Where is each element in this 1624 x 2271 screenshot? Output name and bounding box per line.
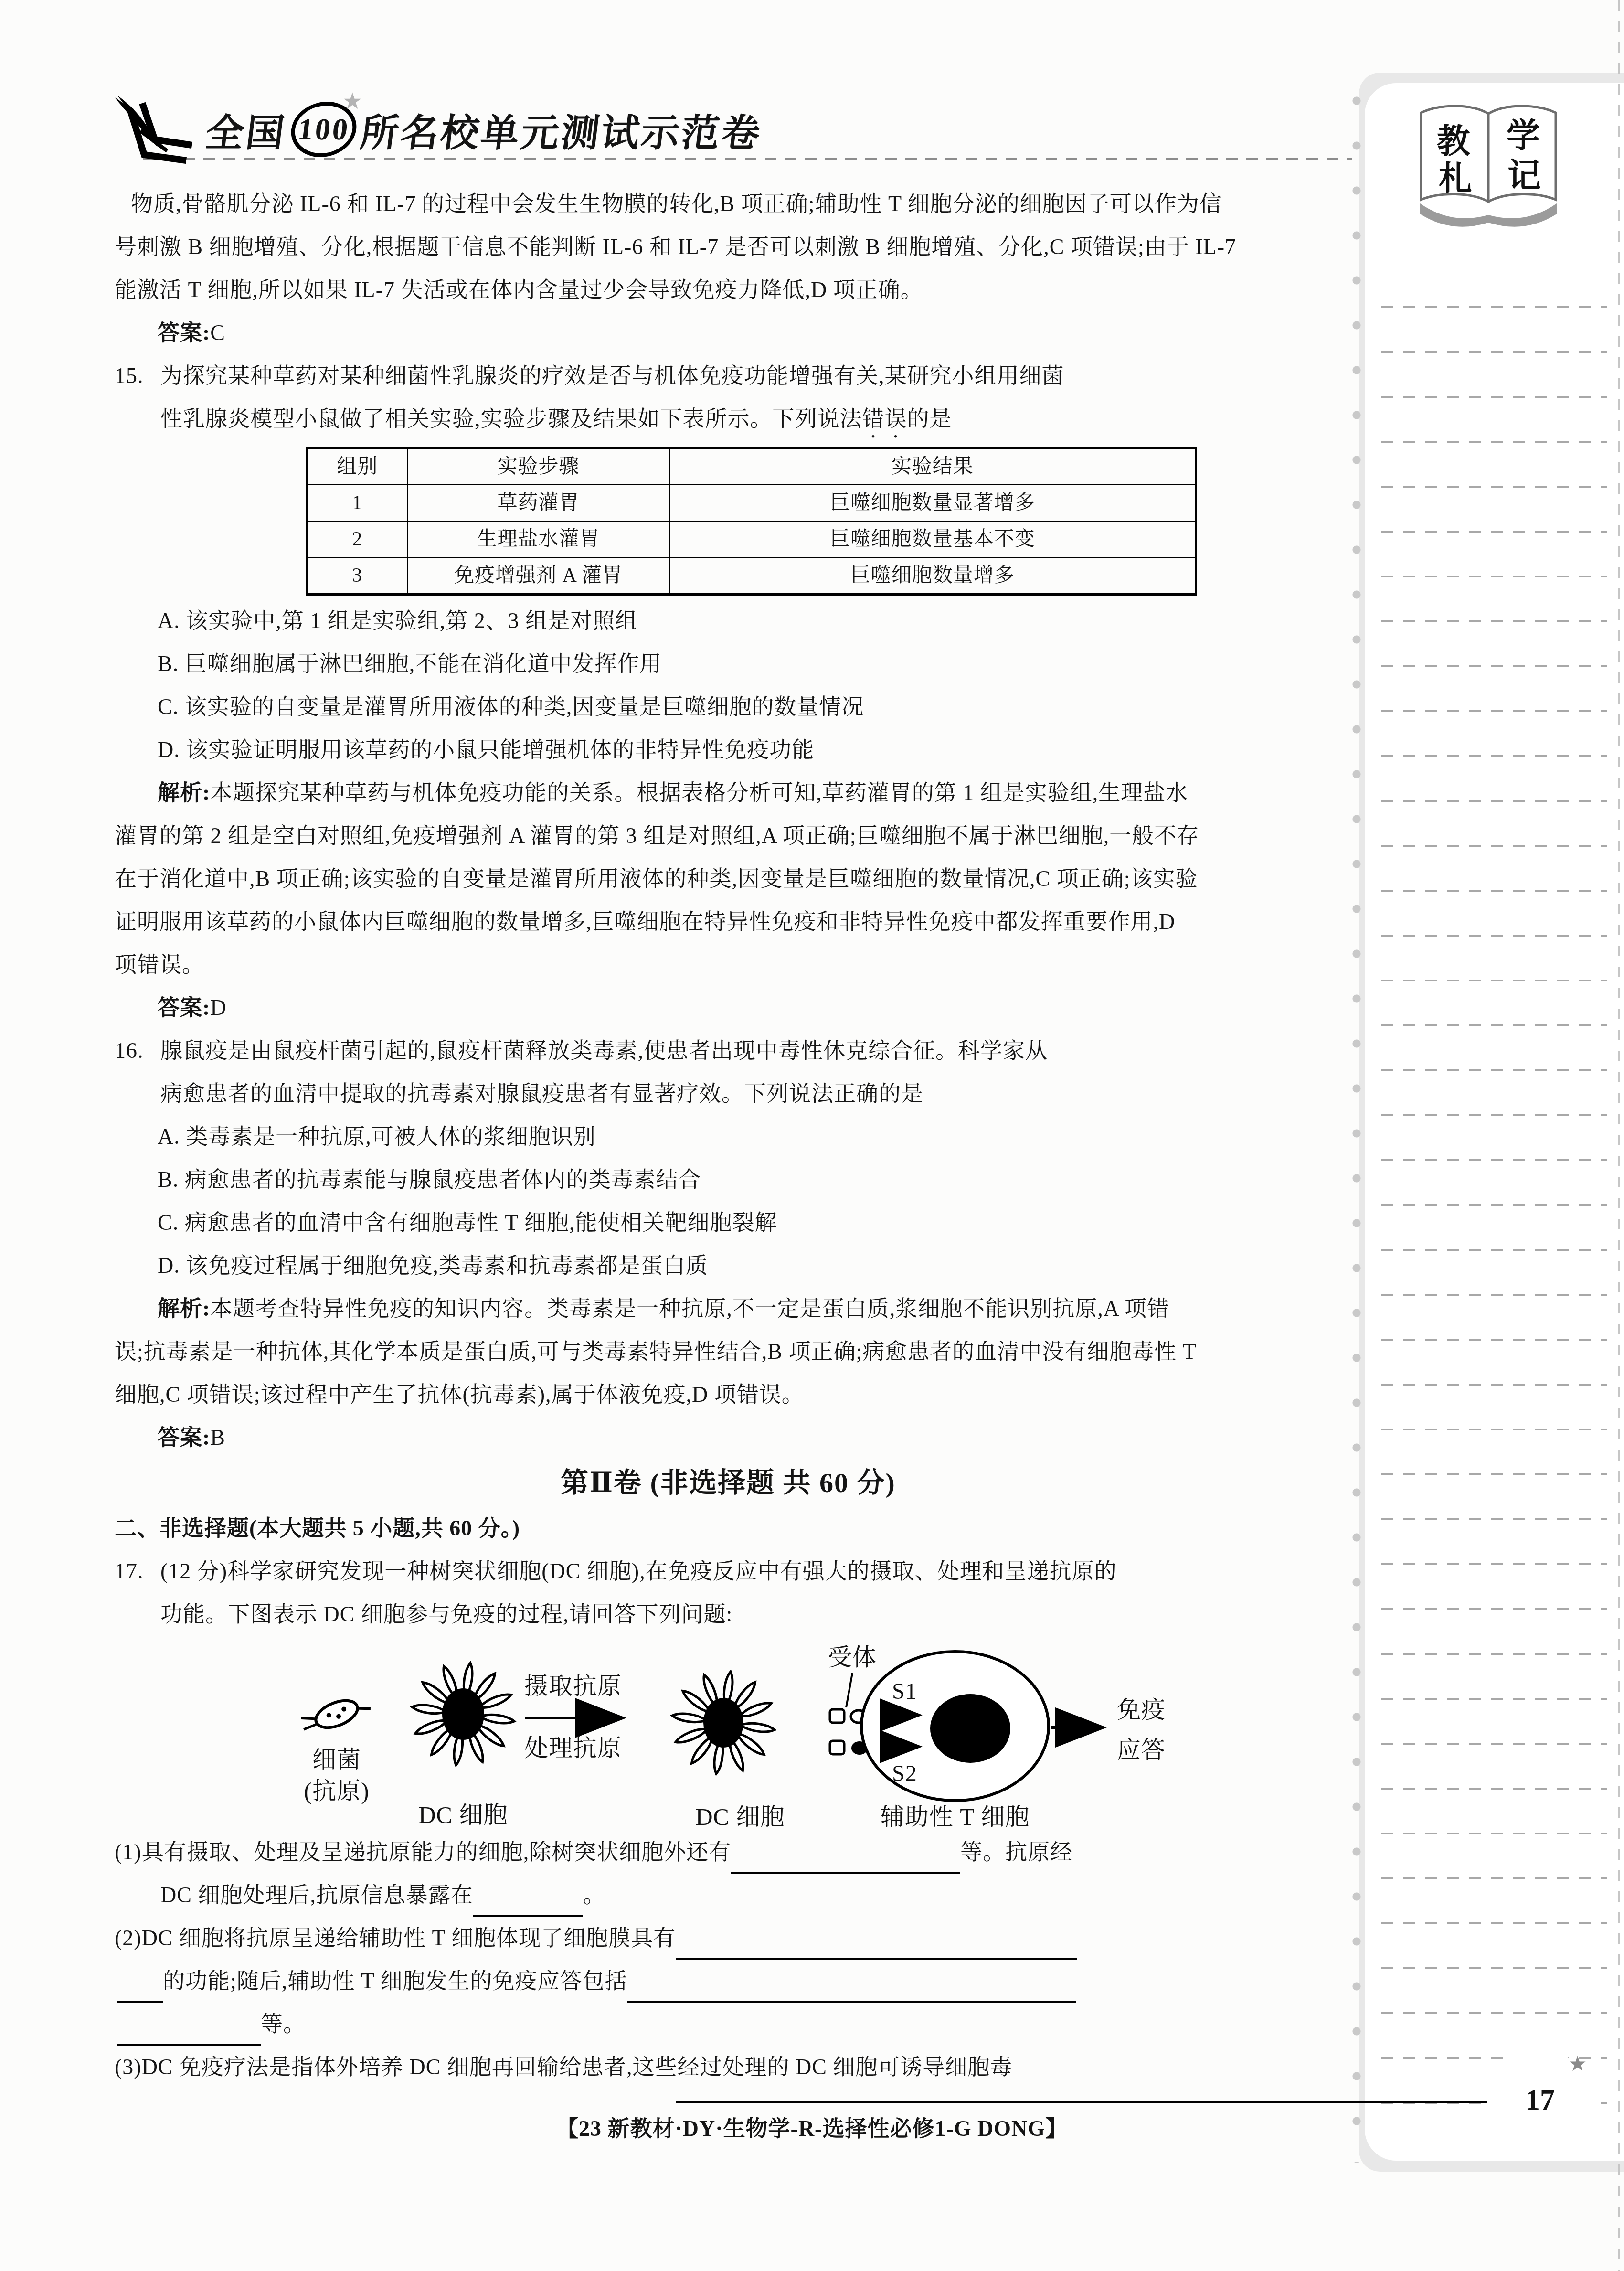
q15-option-b: B. 巨噬细胞属于淋巴细胞,不能在消化道中发挥作用 (115, 642, 1342, 685)
answer-value: B (210, 1425, 225, 1450)
book-char-bl: 札 (1439, 161, 1472, 198)
page-number: 17 (1525, 2083, 1555, 2117)
q16-number: 16. (115, 1029, 160, 1072)
q16-option-b: B. 病愈患者的抗毒素能与腺鼠疫患者体内的类毒素结合 (115, 1158, 1342, 1201)
q16-option-c: C. 病愈患者的血清中含有细胞毒性 T 细胞,能使相关靶细胞裂解 (115, 1201, 1342, 1244)
dc1-label: DC 细胞 (419, 1802, 508, 1828)
s1-label: S1 (892, 1679, 917, 1704)
antigen-label: (抗原) (304, 1778, 369, 1804)
q16-stem: 16.腺鼠疫是由鼠疫杆菌引起的,鼠疫杆菌释放类毒素,使患者出现中毒性休克综合征。… (115, 1029, 1342, 1115)
answer-blank (473, 1893, 583, 1917)
sidebar-rules (1381, 306, 1607, 2126)
col-header: 组别 (307, 448, 407, 485)
dc-cell-immunity-diagram: 细菌 (抗原) DC 细胞 摄取抗原 处理抗原 DC 细胞 受体 (287, 1638, 1342, 1829)
response-label-2: 应答 (1117, 1737, 1166, 1763)
table-row: 2 生理盐水灌胃 巨噬细胞数量基本不变 (307, 521, 1196, 557)
q15-analysis: 解析:本题探究某种草药与机体免疫功能的关系。根据表格分析可知,草药灌胃的第 1 … (115, 771, 1342, 986)
answer-blank (117, 2022, 261, 2046)
book-char-br: 记 (1507, 158, 1541, 195)
exam-page-content: 物质,骨骼肌分泌 IL-6 和 IL-7 的过程中会发生生物膜的转化,B 项正确… (115, 182, 1342, 2089)
brand-suffix: 所名校单元测试示范卷 (358, 102, 765, 157)
q15-answer: 答案:D (115, 986, 1342, 1029)
table-header-row: 组别 实验步骤 实验结果 (307, 448, 1196, 485)
t-cell-nucleus (930, 1694, 1010, 1763)
q17-sub3: (3)DC 免疫疗法是指体外培养 DC 细胞再回输给患者,这些经过处理的 DC … (115, 2046, 1342, 2089)
section-2-subtitle: 二、非选择题(本大题共 5 小题,共 60 分。) (115, 1507, 1342, 1550)
answer-label: 答案: (158, 995, 210, 1020)
s2-label: S2 (892, 1761, 917, 1786)
binding-dots (1350, 95, 1363, 2163)
dc-cell-1-icon (412, 1663, 515, 1766)
q16-option-a: A. 类毒素是一种抗原,可被人体的浆细胞识别 (115, 1115, 1342, 1158)
receptor-pointer-line (846, 1673, 852, 1707)
q15-number: 15. (115, 354, 160, 397)
star-icon: ★ (1568, 2052, 1587, 2076)
answer-blank (117, 1979, 163, 2003)
t-cell-label: 辅助性 T 细胞 (881, 1803, 1030, 1829)
teaching-notes-book-icon: 教 学 札 记 (1410, 96, 1567, 232)
q15-option-d: D. 该实验证明服用该草药的小鼠只能增强机体的非特异性免疫功能 (115, 728, 1342, 771)
page-edge-perforation (1618, 0, 1620, 2271)
q14-answer: 答案:C (115, 311, 1342, 354)
q17-stem: 17.(12 分)科学家研究发现一种树突状细胞(DC 细胞),在免疫反应中有强大… (115, 1550, 1342, 1636)
q15-option-c: C. 该实验的自变量是灌胃所用液体的种类,因变量是巨噬细胞的数量情况 (115, 685, 1342, 728)
uptake-label: 摄取抗原 (524, 1673, 622, 1699)
response-label-1: 免疫 (1117, 1696, 1166, 1723)
answer-blank (731, 1850, 960, 1874)
answer-blank (627, 1979, 1076, 2003)
q16-option-d: D. 该免疫过程属于细胞免疫,类毒素和抗毒素都是蛋白质 (115, 1244, 1342, 1287)
answer-label: 答案: (158, 1425, 210, 1450)
col-header: 实验结果 (670, 448, 1196, 485)
book-char-tl: 教 (1437, 124, 1471, 160)
brand-header: 全国 100 ★ 所名校单元测试示范卷 (111, 94, 762, 165)
answer-value: D (210, 995, 226, 1020)
receptor-label: 受体 (828, 1644, 877, 1671)
dc-cell-2-icon (672, 1671, 775, 1774)
answer-label: 答案: (158, 320, 210, 345)
brand-prefix: 全国 (203, 102, 290, 157)
dc2-label: DC 细胞 (696, 1803, 785, 1829)
q17-sub1: (1)具有摄取、处理及呈递抗原能力的细胞,除树突状细胞外还有等。抗原经DC 细胞… (115, 1831, 1342, 1917)
q17-number: 17. (115, 1550, 160, 1593)
q15-stem: 15.为探究某种草药对某种细菌性乳腺炎的疗效是否与机体免疫功能增强有关,某研究小… (115, 354, 1342, 443)
emphasized-wrong: 错误 (862, 406, 907, 431)
q16-answer: 答案:B (115, 1416, 1342, 1459)
q17-sub3-answer-blank (676, 2101, 1487, 2103)
table-row: 3 免疫增强剂 A 灌胃 巨噬细胞数量增多 (307, 557, 1196, 595)
q16-analysis: 解析:本题考查特异性免疫的知识内容。类毒素是一种抗原,不一定是蛋白质,浆细胞不能… (115, 1287, 1342, 1416)
brand-100-badge: 100 ★ (288, 102, 360, 157)
bacterium-icon (299, 1691, 372, 1738)
footer-imprint: 【23 新教材·DY·生物学-R-选择性必修1-G DONG】 (0, 2111, 1624, 2143)
bacterium-label: 细菌 (312, 1746, 361, 1773)
analysis-label: 解析: (158, 1296, 210, 1321)
q14-analysis-continued: 物质,骨骼肌分泌 IL-6 和 IL-7 的过程中会发生生物膜的转化,B 项正确… (115, 182, 1342, 311)
q15-experiment-table: 组别 实验步骤 实验结果 1 草药灌胃 巨噬细胞数量显著增多 2 生理盐水灌胃 … (306, 447, 1342, 596)
brand-title: 全国 100 ★ 所名校单元测试示范卷 (203, 102, 765, 157)
table-row: 1 草药灌胃 巨噬细胞数量显著增多 (307, 485, 1196, 521)
q15-option-a: A. 该实验中,第 1 组是实验组,第 2、3 组是对照组 (115, 599, 1342, 642)
answer-blank (676, 1936, 1077, 1960)
col-header: 实验步骤 (407, 448, 670, 485)
analysis-label: 解析: (158, 780, 210, 805)
q17-sub2: (2)DC 细胞将抗原呈递给辅助性 T 细胞体现了细胞膜具有的功能;随后,辅助性… (115, 1917, 1342, 2046)
process-label: 处理抗原 (524, 1735, 622, 1761)
answer-value: C (210, 320, 225, 345)
book-char-tr: 学 (1507, 118, 1540, 155)
quill-shield-icon (111, 94, 206, 165)
section-2-title: 第Ⅱ卷 (非选择题 共 60 分) (115, 1459, 1342, 1507)
star-icon: ★ (344, 89, 364, 113)
